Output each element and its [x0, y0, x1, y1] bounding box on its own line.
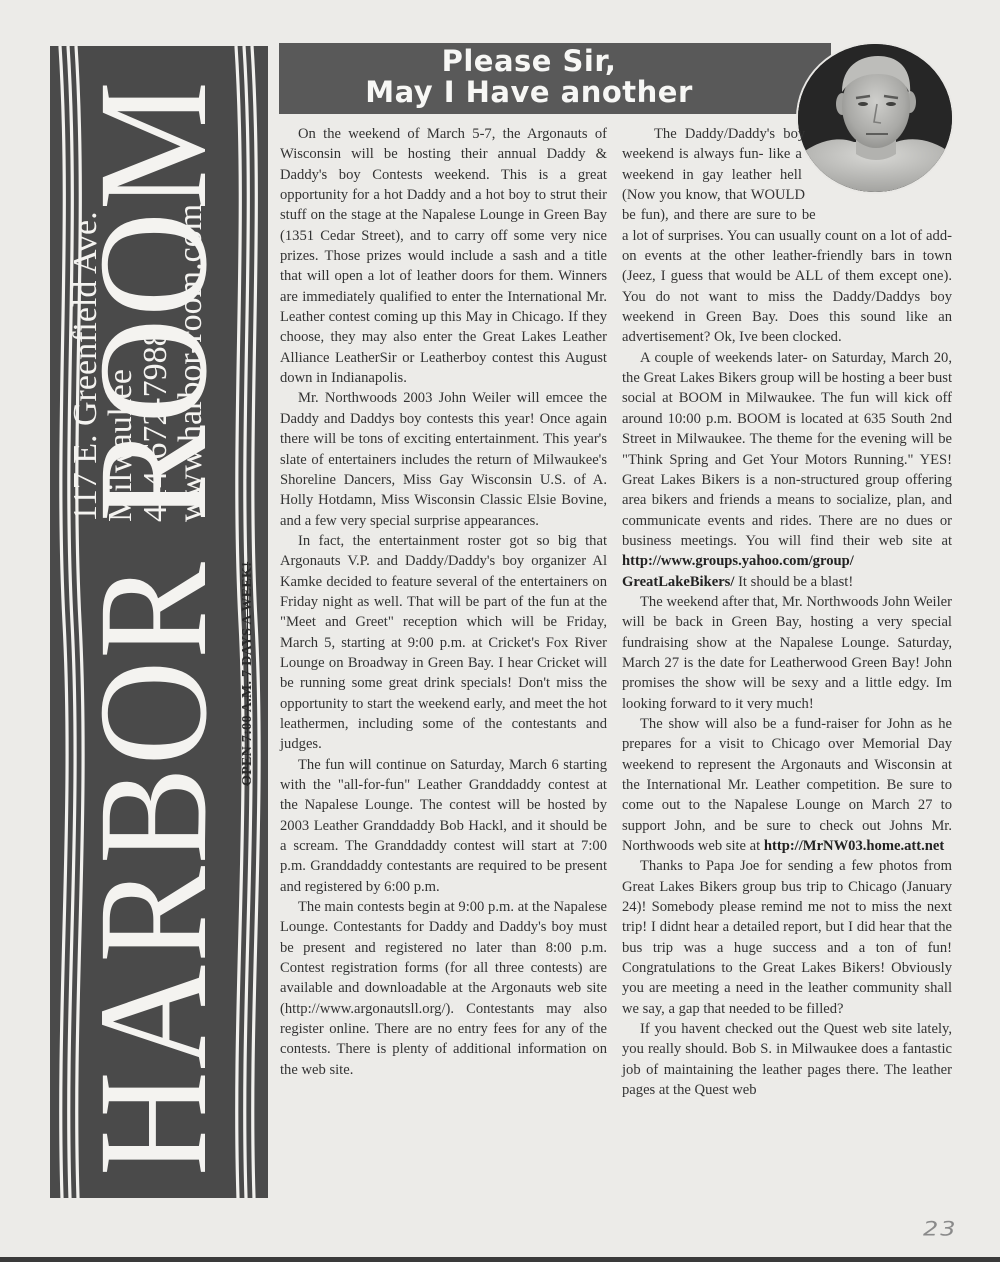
article-headline: Please Sir, May I Have another — [279, 46, 779, 108]
ad-city: Milwaukee — [103, 204, 138, 522]
ad-hours: OPEN 7:00 A.M. 7 DAYS A WEEK! — [240, 562, 256, 786]
ad-rotated-content: HARBOR ROOM 117 E. Greenfield Ave. Milwa… — [50, 46, 268, 1198]
article-paragraph: In fact, the entertainment roster got so… — [280, 531, 607, 755]
article-column-right: The Daddy/Daddy's boy weekend is always … — [622, 124, 952, 1101]
paragraph-text: A couple of weekends later- on Saturday,… — [622, 350, 952, 549]
ad-contact-info: 117 E. Greenfield Ave. Milwaukee 414-672… — [68, 204, 208, 522]
ad-phone: 414-672-7988 — [138, 204, 173, 522]
mrnw03-link[interactable]: http://MrNW03.home.att.net — [764, 838, 944, 854]
article-column-left: On the weekend of March 5-7, the Argonau… — [280, 124, 607, 1080]
page-edge-divider — [0, 1257, 1000, 1262]
article-paragraph: On the weekend of March 5-7, the Argonau… — [280, 124, 607, 388]
ad-website: www.harbor-room.com — [173, 204, 208, 522]
article-paragraph: The fun will continue on Saturday, March… — [280, 755, 607, 897]
article-paragraph: A couple of weekends later- on Saturday,… — [622, 348, 952, 592]
paragraph-text: It should be a blast! — [734, 574, 853, 590]
article-paragraph: The weekend after that, Mr. Northwoods J… — [622, 592, 952, 714]
ad-address: 117 E. Greenfield Ave. — [68, 204, 103, 522]
handwritten-page-number: 23 — [923, 1218, 958, 1240]
paragraph-text: The show will also be a fund-raiser for … — [622, 716, 952, 854]
article-paragraph: The show will also be a fund-raiser for … — [622, 714, 952, 856]
photo-wrap-space — [784, 124, 952, 206]
headline-banner: Please Sir, May I Have another — [279, 43, 831, 114]
headline-line-1: Please Sir, — [279, 46, 779, 77]
article-paragraph: Mr. Northwoods 2003 John Weiler will emc… — [280, 388, 607, 530]
harbor-room-ad: HARBOR ROOM 117 E. Greenfield Ave. Milwa… — [50, 46, 268, 1198]
article-paragraph: The main contests begin at 9:00 p.m. at … — [280, 897, 607, 1080]
article-paragraph: Thanks to Papa Joe for sending a few pho… — [622, 856, 952, 1019]
article-paragraph: If you havent checked out the Quest web … — [622, 1019, 952, 1100]
headline-line-2: May I Have another — [279, 77, 779, 108]
